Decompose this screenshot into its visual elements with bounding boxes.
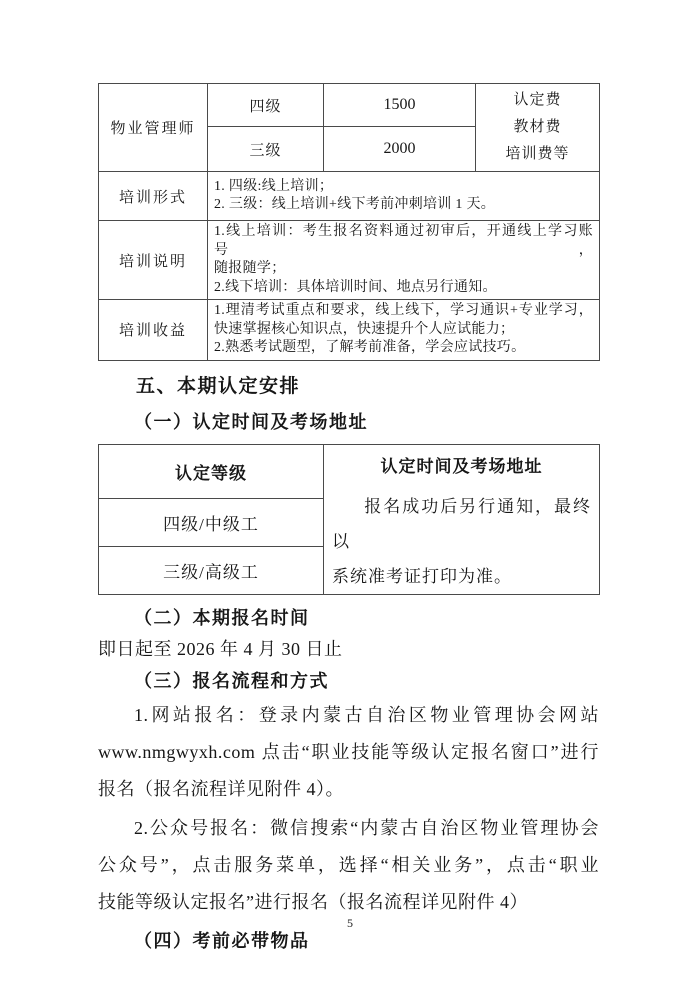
subsection-heading-4: （四）考前必带物品 [98,928,599,955]
section-heading: 五、本期认定安排 [98,373,599,400]
training-form-label: 培训形式 [99,172,208,221]
fee-component-line: 培训费等 [477,141,598,168]
schedule-level4-cell: 四级/中级工 [99,498,324,546]
schedule-note-cell: 认定时间及考场地址 报名成功后另行通知，最终以 系统准考证打印为准。 [324,444,600,594]
subsection-heading-3: （三）报名流程和方式 [98,668,599,695]
training-benefit-line: 1.理清考试重点和要求，线上线下，学习通识+专业学习， [214,302,593,321]
training-form-row: 培训形式 1. 四级:线上培训； 2. 三级：线上培训+线下考前冲刺培训 1 天… [99,172,600,221]
fee-component-line: 认定费 [477,87,598,114]
schedule-note-line: 报名成功后另行通知，最终以 [332,489,591,559]
page-content: 物业管理师 四级 1500 认定费 教材费 培训费等 三级 2000 培训形式 [98,83,599,955]
paragraph-line: 1.网站报名：登录内蒙古自治区物业管理协会网站 [98,697,599,734]
page-number: 5 [0,916,700,931]
schedule-note-line: 系统准考证打印为准。 [332,559,591,594]
level3-cell: 三级 [208,127,324,172]
fee-component-line: 教材费 [477,114,598,141]
training-form-line: 1. 四级:线上培训； [214,178,593,197]
level3-fee-cell: 2000 [324,127,476,172]
document-page: 物业管理师 四级 1500 认定费 教材费 培训费等 三级 2000 培训形式 [0,0,700,990]
training-note-cell: 1.线上培训：考生报名资料通过初审后，开通线上学习账号， 随报随学； 2.线下培… [208,221,600,300]
fee-table-category-cell: 物业管理师 [99,84,208,172]
training-benefit-label: 培训收益 [99,300,208,361]
subsection-heading-2: （二）本期报名时间 [98,605,599,632]
paragraph-line: 报名（报名流程详见附件 4）。 [98,771,599,808]
level4-cell: 四级 [208,84,324,127]
fee-components-cell: 认定费 教材费 培训费等 [476,84,600,172]
training-benefit-cell: 1.理清考试重点和要求，线上线下，学习通识+专业学习， 快速掌握核心知识点，快速… [208,300,600,361]
training-note-line: 2.线下培训：具体培训时间、地点另行通知。 [214,279,593,298]
training-note-row: 培训说明 1.线上培训：考生报名资料通过初审后，开通线上学习账号， 随报随学； … [99,221,600,300]
website-registration-paragraph: 1.网站报名：登录内蒙古自治区物业管理协会网站 www.nmgwyxh.com … [98,697,599,808]
schedule-header-row: 认定等级 认定时间及考场地址 报名成功后另行通知，最终以 系统准考证打印为准。 [99,444,600,498]
training-benefit-line: 快速掌握核心知识点，快速提升个人应试能力； [214,321,593,340]
paragraph-line: 2.公众号报名：微信搜索“内蒙古自治区物业管理协会 [98,810,599,847]
registration-period-text: 即日起至 2026 年 4 月 30 日止 [98,636,599,663]
schedule-level3-cell: 三级/高级工 [99,546,324,594]
fee-table: 物业管理师 四级 1500 认定费 教材费 培训费等 三级 2000 培训形式 [98,83,600,361]
schedule-level-header: 认定等级 [99,444,324,498]
training-benefit-line: 2.熟悉考试题型，了解考前准备，学会应试技巧。 [214,339,593,358]
paragraph-line: 技能等级认定报名”进行报名（报名流程详见附件 4） [98,884,599,921]
fee-table-row-level4: 物业管理师 四级 1500 认定费 教材费 培训费等 [99,84,600,127]
training-note-line: 1.线上培训：考生报名资料通过初审后，开通线上学习账号， [214,223,593,260]
schedule-table: 认定等级 认定时间及考场地址 报名成功后另行通知，最终以 系统准考证打印为准。 … [98,444,600,595]
paragraph-line: 公众号”，点击服务菜单，选择“相关业务”，点击“职业 [98,847,599,884]
schedule-time-header: 认定时间及考场地址 [332,445,591,489]
training-form-line: 2. 三级：线上培训+线下考前冲刺培训 1 天。 [214,196,593,215]
training-form-cell: 1. 四级:线上培训； 2. 三级：线上培训+线下考前冲刺培训 1 天。 [208,172,600,221]
training-benefit-row: 培训收益 1.理清考试重点和要求，线上线下，学习通识+专业学习， 快速掌握核心知… [99,300,600,361]
subsection-heading-1: （一）认定时间及考场地址 [98,409,599,436]
wechat-registration-paragraph: 2.公众号报名：微信搜索“内蒙古自治区物业管理协会 公众号”，点击服务菜单，选择… [98,810,599,921]
level4-fee-cell: 1500 [324,84,476,127]
training-note-label: 培训说明 [99,221,208,300]
paragraph-line: www.nmgwyxh.com 点击“职业技能等级认定报名窗口”进行 [98,734,599,771]
training-note-line: 随报随学； [214,260,593,279]
